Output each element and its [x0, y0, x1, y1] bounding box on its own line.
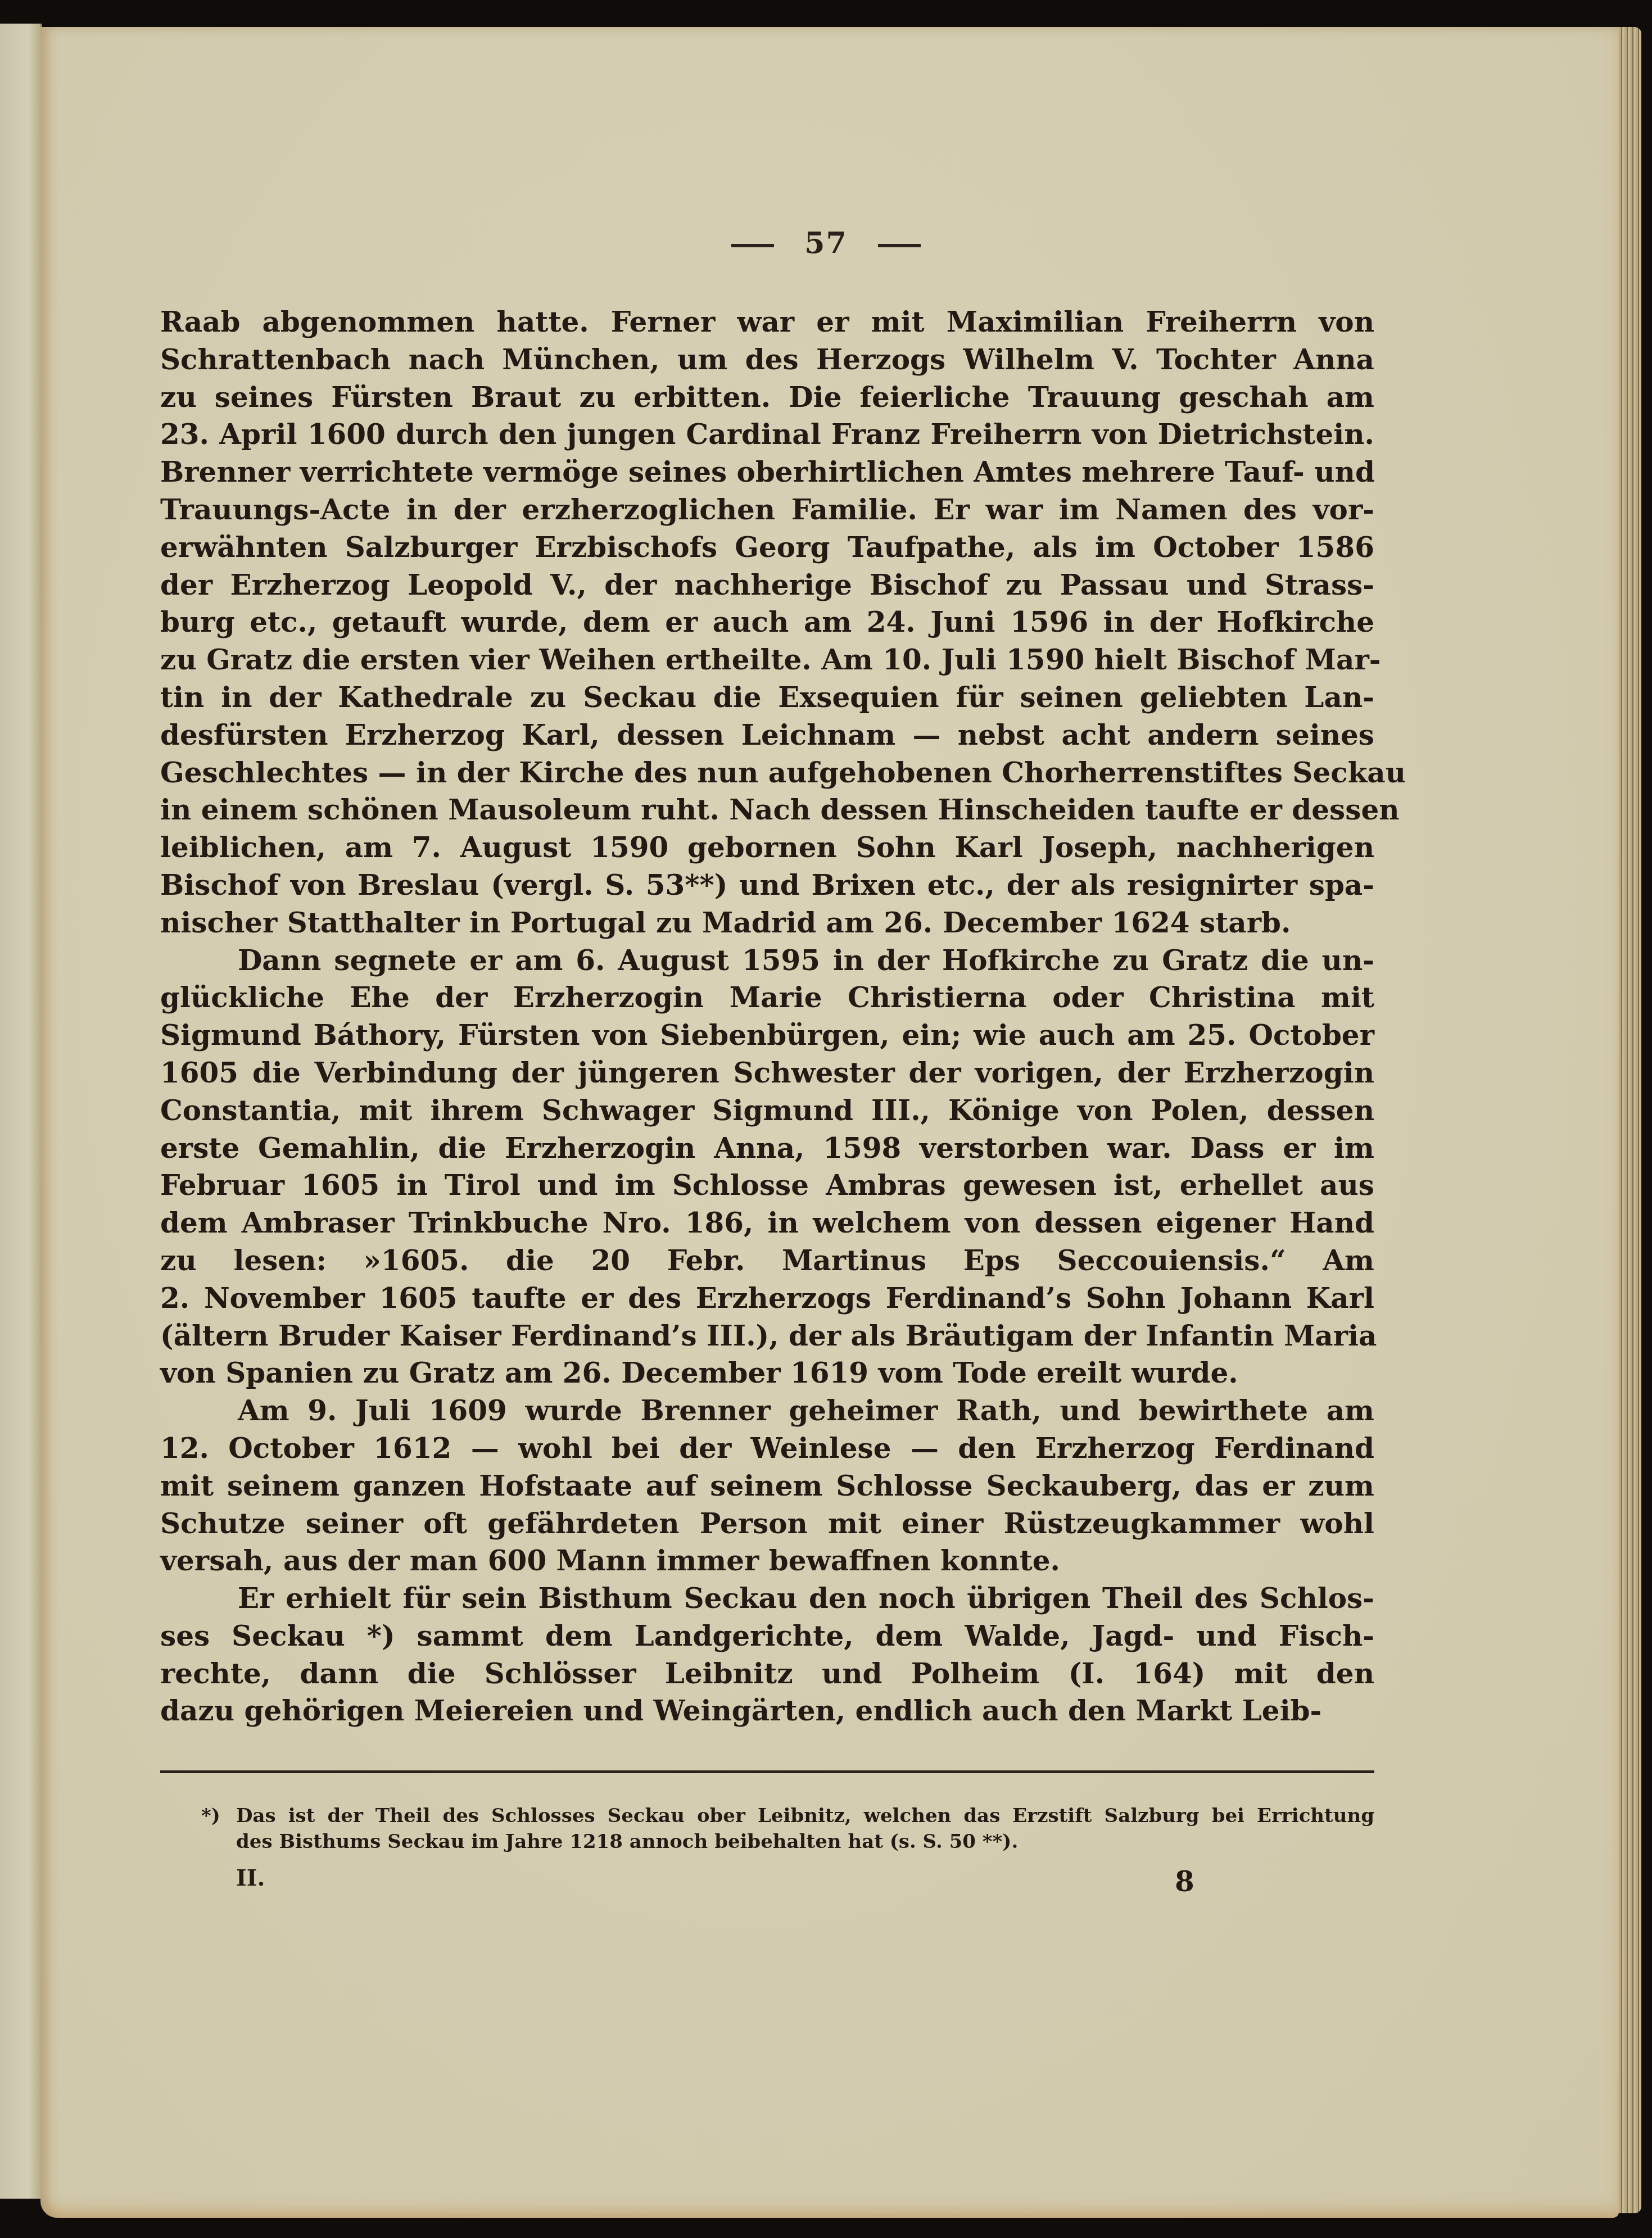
sheet-signature: 8: [1175, 1865, 1194, 1898]
text-line: Sigmund Báthory, Fürsten von Siebenbürge…: [160, 1017, 1374, 1054]
text-line: leiblichen, am 7. August 1590 gebornen S…: [160, 829, 1374, 867]
text-line: erwähnten Salzburger Erzbischofs Georg T…: [160, 529, 1374, 567]
text-line: Februar 1605 in Tirol und im Schlosse Am…: [160, 1167, 1374, 1204]
text-line: zu lesen: »1605. die 20 Febr. Martinus E…: [160, 1242, 1374, 1280]
text-line: nischer Statthalter in Portugal zu Madri…: [160, 904, 1374, 942]
text-line: Raab abgenommen hatte. Ferner war er mit…: [160, 303, 1374, 341]
text-line: 12. October 1612 — wohl bei der Weinlese…: [160, 1430, 1374, 1467]
text-line: versah, aus der man 600 Mann immer bewaf…: [160, 1542, 1374, 1580]
header-dash-right: [878, 244, 921, 247]
footnote: *) Das ist der Theil des Schlosses Secka…: [236, 1803, 1374, 1855]
text-line: tin in der Kathedrale zu Seckau die Exse…: [160, 679, 1374, 717]
footnote-rule: [160, 1770, 1374, 1773]
text-line: erste Gemahlin, die Erzherzogin Anna, 15…: [160, 1130, 1374, 1167]
text-line: burg etc., getauft wurde, dem er auch am…: [160, 604, 1374, 641]
text-line: Schrattenbach nach München, um des Herzo…: [160, 341, 1374, 379]
footnote-line: des Bisthums Seckau im Jahre 1218 annoch…: [236, 1829, 1374, 1855]
page-header: 57: [0, 226, 1652, 260]
text-line: Am 9. Juli 1609 wurde Brenner geheimer R…: [160, 1392, 1374, 1430]
text-line: Dann segnete er am 6. August 1595 in der…: [160, 942, 1374, 980]
text-line: Constantia, mit ihrem Schwager Sigmund I…: [160, 1092, 1374, 1130]
text-line: 2. November 1605 taufte er des Erzherzog…: [160, 1280, 1374, 1317]
text-line: rechte, dann die Schlösser Leibnitz und …: [160, 1655, 1374, 1693]
text-line: dem Ambraser Trinkbuche Nro. 186, in wel…: [160, 1204, 1374, 1242]
footnote-marker: *): [201, 1803, 220, 1829]
text-line: in einem schönen Mausoleum ruht. Nach de…: [160, 791, 1374, 829]
header-dash-left: [731, 244, 774, 247]
main-text: Raab abgenommen hatte. Ferner war er mit…: [160, 303, 1374, 1730]
text-line: 23. April 1600 durch den jungen Cardinal…: [160, 416, 1374, 454]
text-line: dazu gehörigen Meiereien und Weingärten,…: [160, 1692, 1374, 1730]
text-line: 1605 die Verbindung der jüngeren Schwest…: [160, 1054, 1374, 1092]
text-line: Er erhielt für sein Bisthum Seckau den n…: [160, 1580, 1374, 1618]
text-line: glückliche Ehe der Erzherzogin Marie Chr…: [160, 979, 1374, 1017]
text-line: von Spanien zu Gratz am 26. December 161…: [160, 1354, 1374, 1392]
text-line: Bischof von Breslau (vergl. S. 53**) und…: [160, 867, 1374, 904]
page-stack-edges: [1619, 27, 1641, 2213]
text-line: Schutze seiner oft gefährdeten Person mi…: [160, 1505, 1374, 1543]
text-line: mit seinem ganzen Hofstaate auf seinem S…: [160, 1467, 1374, 1505]
text-line: Trauungs-Acte in der erzherzoglichen Fam…: [160, 491, 1374, 529]
page-number: 57: [804, 226, 847, 260]
text-line: desfürsten Erzherzog Karl, dessen Leichn…: [160, 717, 1374, 754]
adjacent-page-edge: [0, 24, 42, 2199]
text-line: ses Seckau *) sammt dem Landgerichte, de…: [160, 1618, 1374, 1655]
volume-signature: II.: [236, 1865, 265, 1891]
text-line: zu Gratz die ersten vier Weihen ertheilt…: [160, 641, 1374, 679]
text-line: (ältern Bruder Kaiser Ferdinand’s III.),…: [160, 1317, 1374, 1355]
text-line: Geschlechtes — in der Kirche des nun auf…: [160, 754, 1374, 792]
text-line: Brenner verrichtete vermöge seines oberh…: [160, 454, 1374, 491]
text-line: zu seines Fürsten Braut zu erbitten. Die…: [160, 379, 1374, 416]
footnote-line: Das ist der Theil des Schlosses Seckau o…: [236, 1803, 1374, 1829]
text-line: der Erzherzog Leopold V., der nachherige…: [160, 567, 1374, 604]
